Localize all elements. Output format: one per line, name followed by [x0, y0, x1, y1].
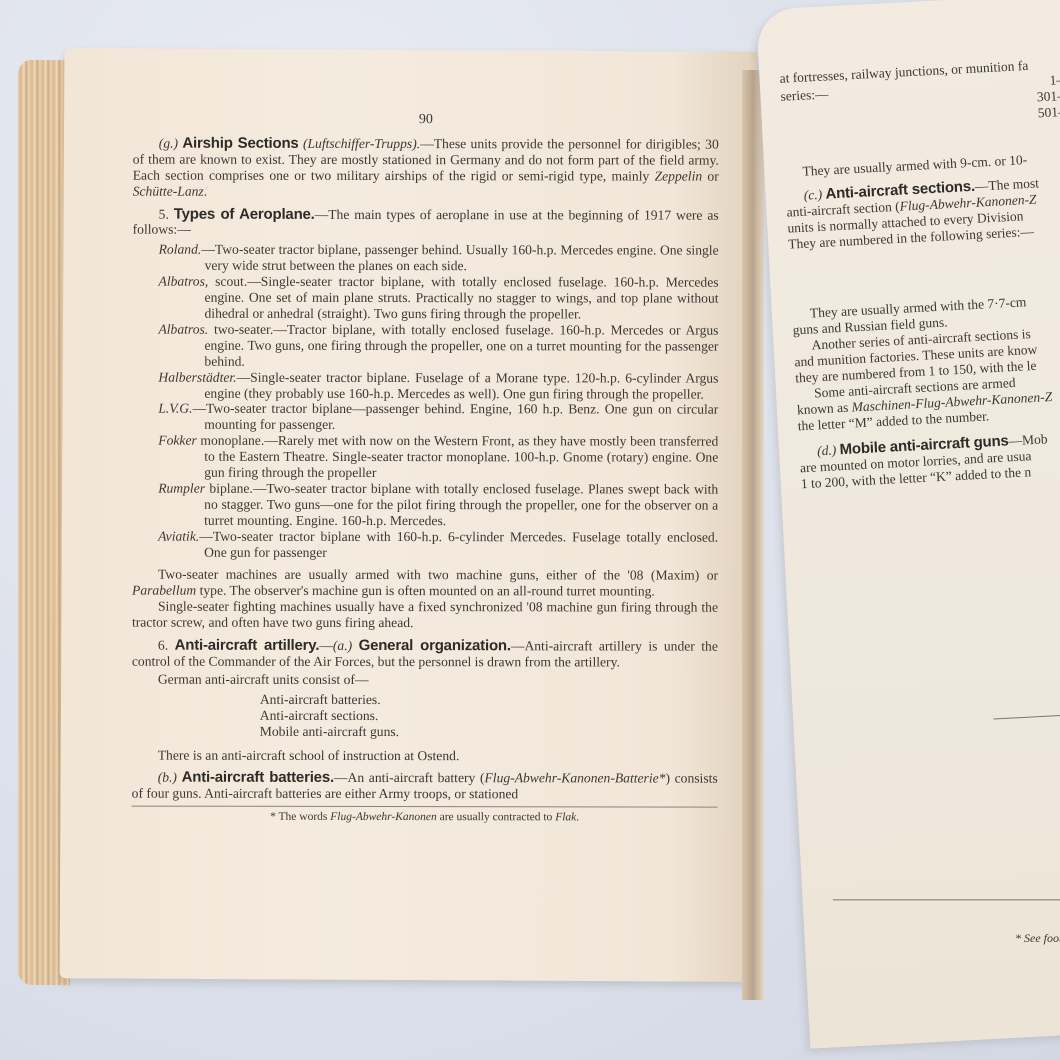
- batteries-paragraph: (b.) Anti-aircraft batteries.—An anti-ai…: [132, 770, 718, 803]
- aeroplane-paragraph: 5. Types of Aeroplane.—The main types of…: [133, 206, 719, 239]
- list-item: Fokker monoplane.—Rarely met with now on…: [204, 433, 718, 482]
- general-organization-heading: General organization.: [359, 637, 511, 654]
- section-divider: [993, 712, 1060, 720]
- list-item: Halberstädter.—Single-seater tractor bip…: [204, 369, 718, 402]
- footnote: * See footnote: [1015, 931, 1060, 946]
- list-item: Roland.—Two-seater tractor biplane, pass…: [205, 242, 719, 275]
- units-intro: German anti-aircraft units consist of—: [132, 671, 718, 688]
- list-item: L.V.G.—Two-seater tractor biplane—passen…: [204, 401, 718, 434]
- batteries-heading: Anti-aircraft batteries.: [182, 769, 334, 786]
- list-item: Aviatik.—Two-seater tractor biplane with…: [204, 528, 718, 561]
- antiaircraft-paragraph: 6. Anti-aircraft artillery.—(a.) General…: [132, 638, 718, 671]
- list-item: Anti-aircraft batteries.: [260, 692, 718, 709]
- page-number: 90: [133, 112, 719, 129]
- single-seater-paragraph: Single-seater fighting machines usually …: [132, 599, 718, 632]
- list-item: Anti-aircraft sections.: [260, 708, 718, 725]
- footnote-divider: [833, 899, 1060, 900]
- list-item: Albatros. two-seater.—Tractor biplane, w…: [204, 322, 718, 371]
- units-list: Anti-aircraft batteries. Anti-aircraft s…: [260, 692, 718, 741]
- aeroplane-types-list: Roland.—Two-seater tractor biplane, pass…: [132, 242, 719, 561]
- list-item: Rumpler biplane.—Two-seater tractor bipl…: [204, 481, 718, 530]
- footnote-divider: [132, 806, 718, 808]
- two-seater-paragraph: Two-seater machines are usually armed wi…: [132, 567, 718, 600]
- list-item: Albatros, scout.—Single-seater tractor b…: [204, 274, 718, 323]
- list-item: 301—350: [1037, 87, 1060, 106]
- footnote: * The words Flug-Abwehr-Kanonen are usua…: [132, 810, 718, 827]
- school-paragraph: There is an anti-aircraft school of inst…: [132, 747, 718, 764]
- list-item: 1—150: [1036, 71, 1060, 90]
- mobile-paragraph: (d.) Mobile anti-aircraft guns—Mob are m…: [799, 429, 1060, 493]
- left-page: 90 (g.) Airship Sections (Luftschiffer-T…: [60, 48, 757, 982]
- list-item: 1—15: [1038, 119, 1060, 138]
- airship-paragraph: (g.) Airship Sections (Luftschiffer-Trup…: [133, 135, 719, 200]
- right-page: 91 at fortresses, railway junctions, or …: [756, 0, 1060, 1049]
- right-page-text: at fortresses, railway junctions, or mun…: [779, 55, 1060, 492]
- book-gutter: [742, 70, 764, 1000]
- aeroplane-heading: Types of Aeroplane.: [174, 205, 315, 222]
- left-page-text: 90 (g.) Airship Sections (Luftschiffer-T…: [132, 112, 719, 827]
- antiaircraft-heading: Anti-aircraft artillery.: [175, 637, 320, 654]
- list-item: 501—550: [1037, 103, 1060, 122]
- airship-heading: Airship Sections: [182, 135, 298, 152]
- list-item: Mobile anti-aircraft guns.: [260, 723, 718, 740]
